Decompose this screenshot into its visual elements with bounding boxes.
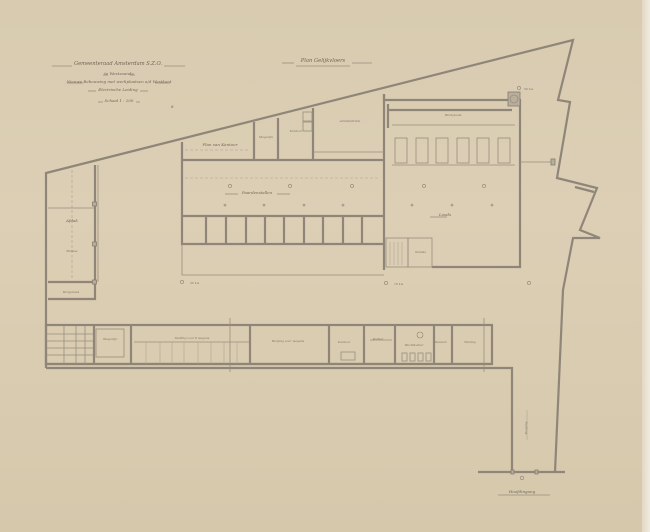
room-bottom-5: Woning xyxy=(464,340,476,344)
room-office: Plan van Kantoor xyxy=(202,142,239,147)
room-bottom-3: Wachtkamer xyxy=(404,343,424,347)
bottom-building: Magazijn Stalling voor 8 wagens Berging … xyxy=(46,318,492,372)
bottom-stall-lines xyxy=(146,342,237,364)
room-bottom-long: Berging voor wagens xyxy=(271,339,305,343)
sheet-mark: 8 xyxy=(171,104,174,109)
room-left-shed-sub: Remise xyxy=(65,249,77,253)
title-line-1: Gemeenteraad Amsterdam S.Z.O. xyxy=(74,61,162,67)
room-werkplaats: Werkplaats xyxy=(444,113,462,117)
blueprint-sheet: Gemeenteraad Amsterdam S.Z.O. te Westzaa… xyxy=(0,0,650,532)
title-line-3: Nieuwe Bebouwing met werkplaatsen a/d We… xyxy=(66,79,172,84)
stall-partitions xyxy=(206,216,362,244)
title-line-5: Schaal 1 : 200 xyxy=(105,98,134,103)
left-shed: Afdak Remise Bergplaats xyxy=(48,165,98,300)
gate-road-label: Toegang xyxy=(524,421,528,434)
room-bottom-stalls: Stalling voor 8 wagens xyxy=(175,336,210,340)
title-line-2: te Westzaande xyxy=(104,71,134,76)
room-bottom-4: Keuken xyxy=(434,340,446,344)
fixture-label: 25 kw xyxy=(189,281,200,285)
room-smidse: Smidse xyxy=(415,250,426,254)
plan-title: Plan Gelijkvloers xyxy=(282,58,372,66)
room-left-small: Bergplaats xyxy=(62,290,80,294)
wc-fixtures xyxy=(402,353,431,361)
room-bottom-store: Magazijn xyxy=(102,337,117,341)
racks xyxy=(46,326,93,364)
stable-block: Plan van Kantoor Magazijn Kantoor Admini… xyxy=(182,94,384,275)
entrance-label: Hoofdingang xyxy=(508,489,536,494)
title-line-4: Electrische Leiding xyxy=(97,87,138,92)
workshop-block: Werkplaats Loods Smidse xyxy=(384,92,555,267)
title-block: Gemeenteraad Amsterdam S.Z.O. te Westzaa… xyxy=(52,61,185,109)
room-administratie: Administratie xyxy=(339,119,361,123)
light-fixtures: 25 kw 16 kw 50 kw xyxy=(180,86,533,286)
room-bottom-2: Portier xyxy=(372,337,384,341)
room-left-shed: Afdak xyxy=(65,218,78,223)
room-loods: Loods xyxy=(438,212,451,217)
fixture-label: 50 kw xyxy=(524,87,534,91)
floor-plan-drawing: Gemeenteraad Amsterdam S.Z.O. te Westzaa… xyxy=(0,0,650,532)
fixture-label: 16 kw xyxy=(394,282,404,286)
room-kantoor: Kantoor xyxy=(289,129,303,133)
room-magazijn: Magazijn xyxy=(258,135,273,139)
plan-title-text: Plan Gelijkvloers xyxy=(300,58,346,64)
entrance-road: Toegang Hoofdingang xyxy=(498,410,550,495)
workshop-bays xyxy=(395,138,510,163)
room-bottom-1: Kantoor xyxy=(337,340,351,344)
room-paardenstallen: Paardenstallen xyxy=(241,190,273,195)
